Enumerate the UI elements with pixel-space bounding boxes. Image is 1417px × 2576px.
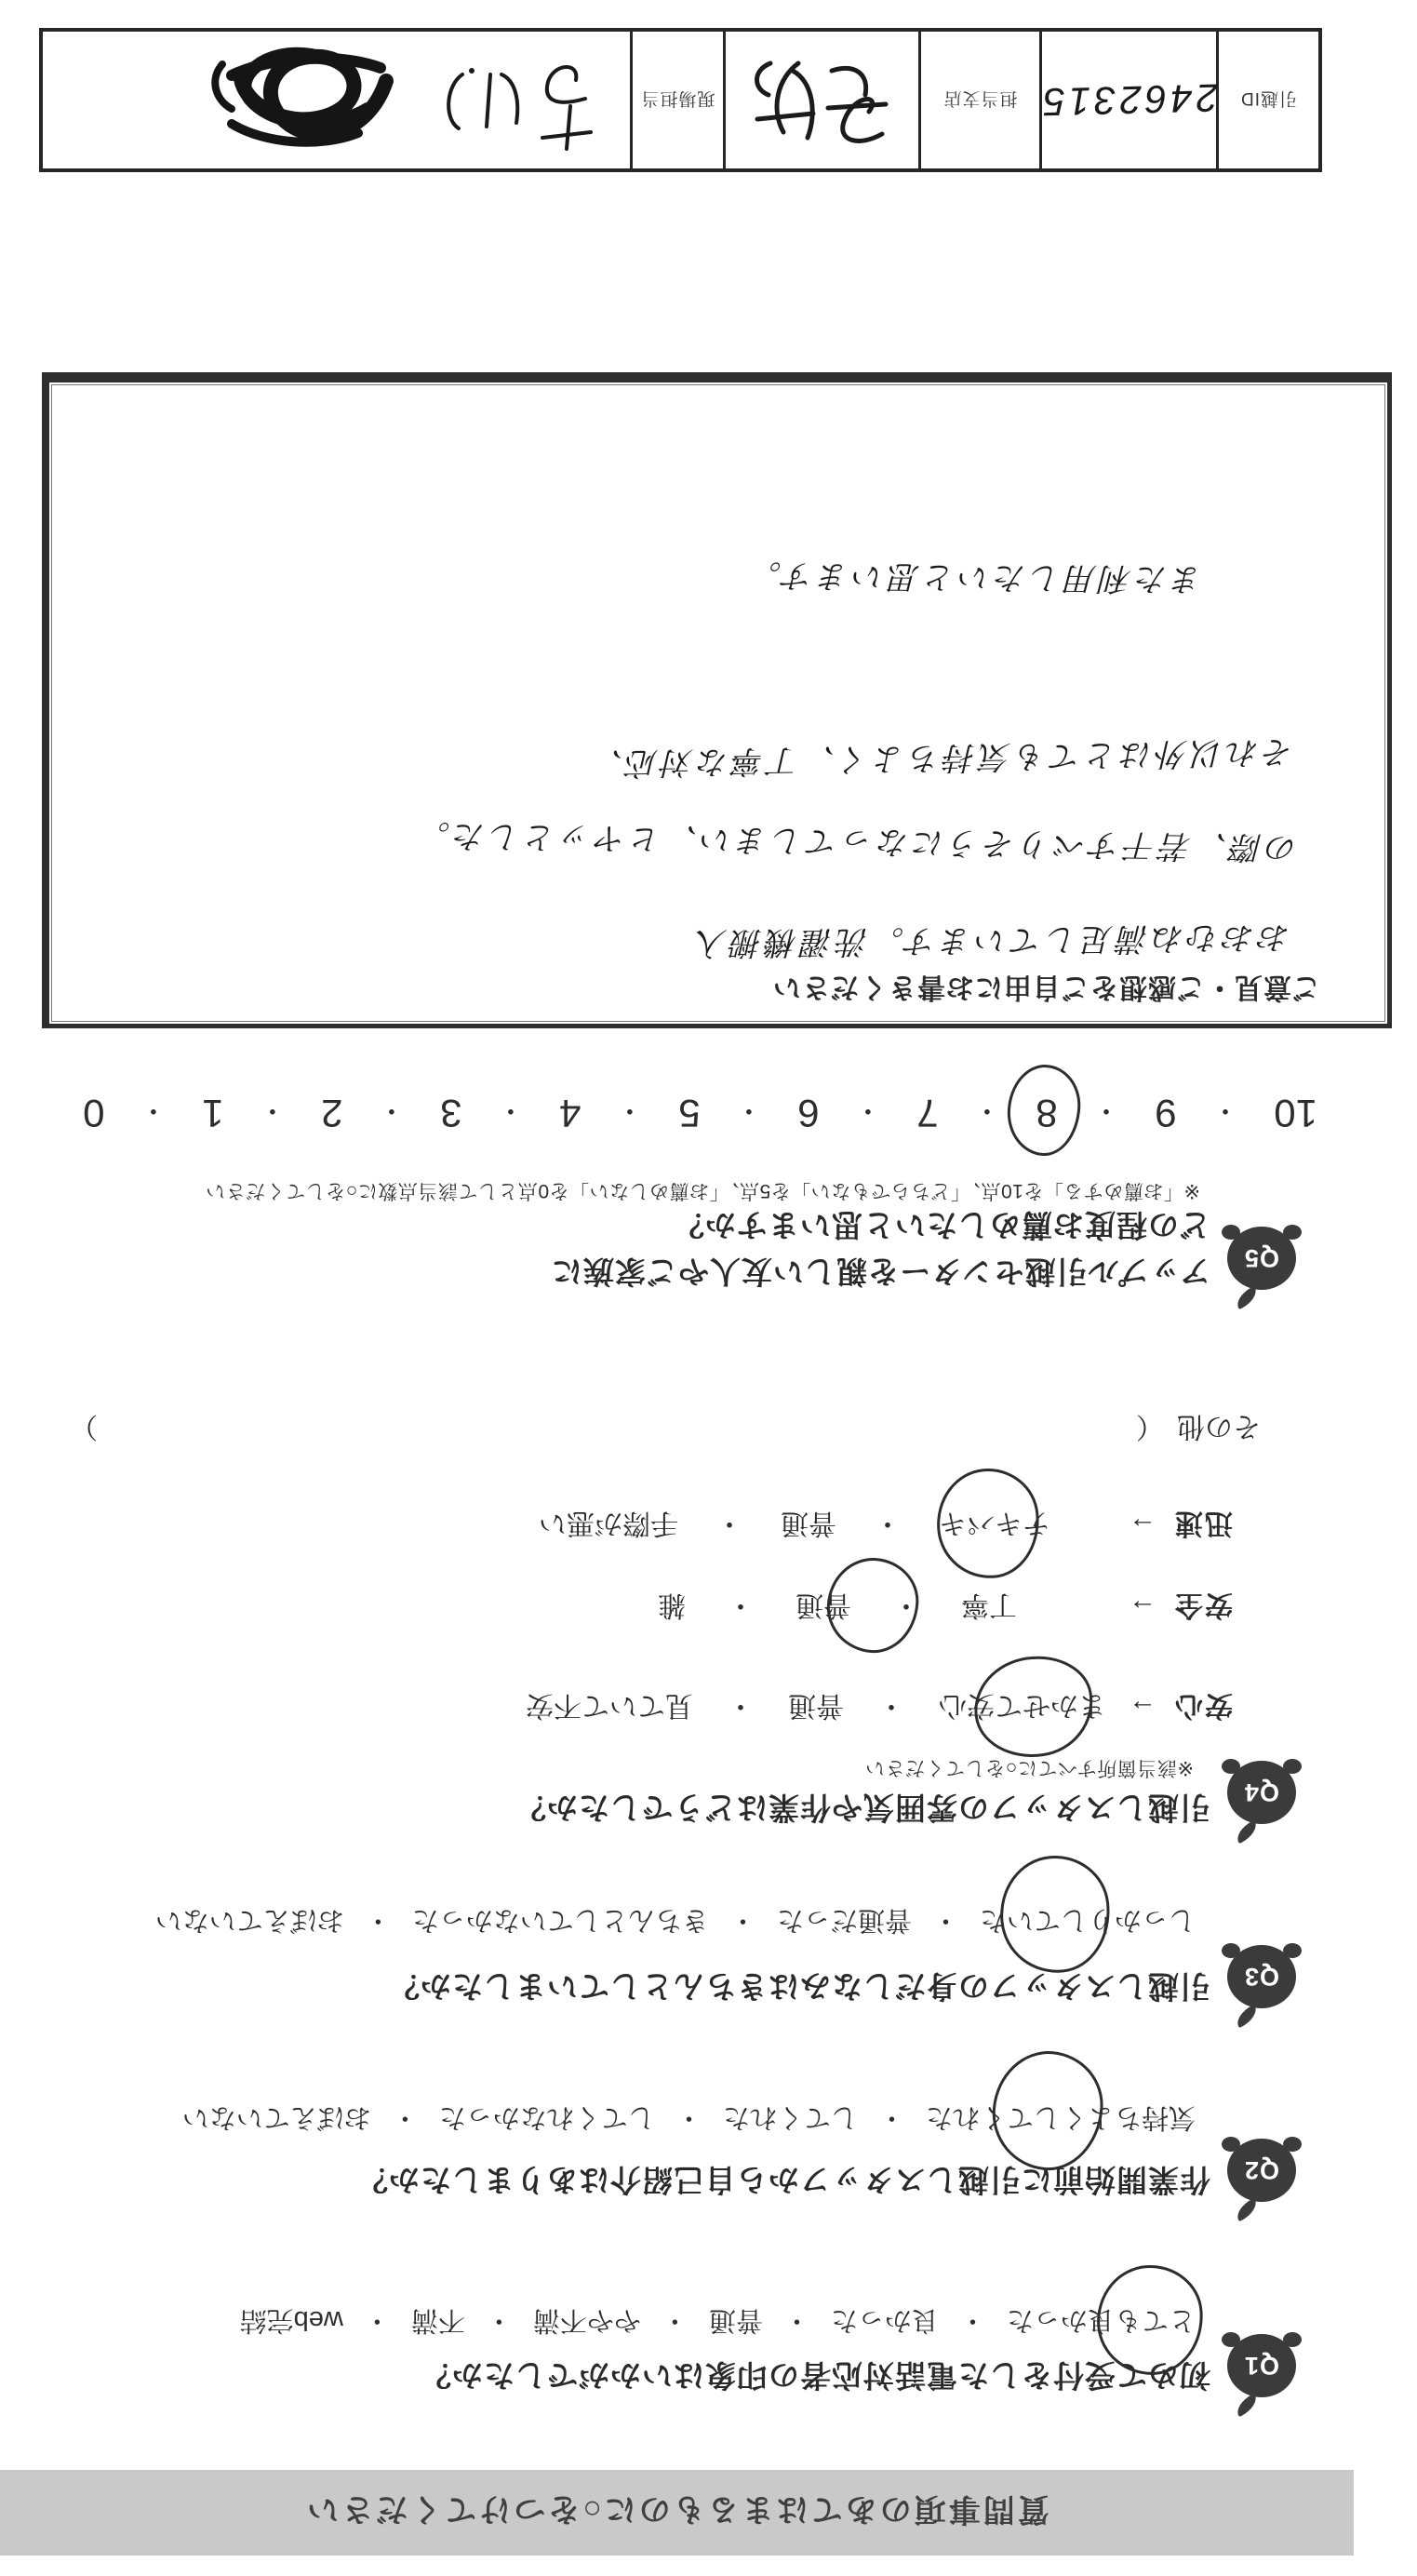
q5-scale: 10 ・ 9 ・ 8 ・ 7 ・ 6 ・ 5 ・ 4 ・ 3 ・ 2 ・ 1 ・… xyxy=(79,1091,1321,1135)
q4-row2-option-2: 普通 xyxy=(795,1588,851,1629)
scale-7: 7 xyxy=(913,1091,942,1135)
scale-4: 4 xyxy=(555,1091,584,1135)
option-separator: ・ xyxy=(686,1588,795,1629)
option-separator: ・ xyxy=(465,2303,533,2341)
option-separator: ・ xyxy=(763,2303,831,2341)
branch-handwriting xyxy=(734,40,911,161)
q4-badge-label: Q4 xyxy=(1244,1778,1279,1807)
q4-row-anshin: 安心 → まかせて安心 ・ 普通 ・ 見ていて不安 xyxy=(526,1688,1233,1729)
option-separator: ・ xyxy=(912,1903,980,1941)
q3-options: しっかりしていた ・ 普通だった ・ きちんとしていなかった ・ おぼえていない xyxy=(155,1903,1196,1941)
option-separator: ・ xyxy=(655,2100,723,2139)
scale-separator: ・ xyxy=(735,1093,763,1134)
option-separator: ・ xyxy=(858,2100,926,2139)
q1-option-6: web完結 xyxy=(240,2303,343,2341)
q4-row-label: 安全 xyxy=(1173,1588,1233,1629)
q4-row-label: 安心 xyxy=(1173,1688,1233,1729)
arrow-right-icon: → xyxy=(1106,1592,1173,1624)
comment-box-label: ご意見・ご感想をご自由にお書きください xyxy=(772,970,1320,1011)
scale-separator: ・ xyxy=(1092,1093,1120,1134)
option-separator: ・ xyxy=(641,2303,709,2341)
option-separator: ・ xyxy=(693,1688,788,1729)
q1-title: 初めて受付をした電話対応者の印象はいかがでしたか？ xyxy=(420,2355,1210,2399)
q3-option-1: しっかりしていた xyxy=(980,1903,1196,1941)
q5-badge-label: Q5 xyxy=(1244,1244,1279,1273)
close-paren: ） xyxy=(70,1409,98,1450)
q4-other-label: その他 xyxy=(1177,1409,1261,1450)
scale-separator: ・ xyxy=(616,1093,644,1134)
branch-label: 担当支店 xyxy=(943,87,1018,113)
q3-badge: Q3 xyxy=(1227,1945,1296,2018)
scale-6: 6 xyxy=(794,1091,822,1135)
scale-3: 3 xyxy=(436,1091,465,1135)
scale-separator: ・ xyxy=(140,1093,167,1134)
q4-row1-option-2: 普通 xyxy=(788,1688,844,1729)
branch-value-cell xyxy=(723,32,918,168)
option-separator: ・ xyxy=(344,1903,412,1941)
arrow-right-icon: → xyxy=(1106,1510,1173,1542)
scale-8: 8 xyxy=(1032,1091,1061,1135)
q1-options: とても良かった ・ 良かった ・ 普通 ・ やや不満 ・ 不満 ・ web完結 xyxy=(240,2303,1196,2341)
branch-label-cell: 担当支店 xyxy=(918,32,1039,168)
q4-row3-option-2: 普通 xyxy=(781,1506,836,1547)
instruction-banner-text: 質問事項のあてはまるものに○をつけてください xyxy=(304,2490,1049,2536)
scale-separator: ・ xyxy=(497,1093,525,1134)
q2-badge-label: Q2 xyxy=(1244,2156,1279,2185)
q1-option-3: 普通 xyxy=(709,2303,763,2341)
q4-row-jinsoku: 迅速 → テキパキ ・ 普通 ・ 手際が悪い xyxy=(539,1506,1233,1547)
q5-badge: Q5 xyxy=(1227,1227,1296,1299)
staff-label-cell: 現場担当 xyxy=(630,32,723,168)
handwritten-line-4: また利用したいと思います。 xyxy=(746,556,1204,605)
option-separator: ・ xyxy=(678,1506,781,1547)
q4-row-anzen: 安全 → 丁寧 ・ 普通 ・ 雑 xyxy=(658,1588,1233,1629)
q2-option-2: してくれた xyxy=(723,2100,858,2139)
move-id-label-cell: 引越ID xyxy=(1216,32,1318,168)
q1-badge-label: Q1 xyxy=(1244,2352,1279,2381)
move-id-label: 引越ID xyxy=(1240,87,1297,113)
move-id-value-handwritten: 2462315 xyxy=(1039,75,1219,125)
q1-badge: Q1 xyxy=(1227,2334,1296,2407)
q3-badge-label: Q3 xyxy=(1244,1963,1279,1992)
scale-2: 2 xyxy=(317,1091,346,1135)
q2-badge: Q2 xyxy=(1227,2139,1296,2211)
q4-row2-option-3: 雑 xyxy=(658,1588,686,1629)
q4-note: ※該当箇所すべてに○をしてください xyxy=(865,1755,1194,1783)
instruction-banner: 質問事項のあてはまるものに○をつけてください xyxy=(0,2470,1354,2556)
q4-row3-option-3: 手際が悪い xyxy=(539,1506,678,1547)
scale-separator: ・ xyxy=(259,1093,287,1134)
q5-title-line2: どの程度お薦めしたいと思いますか？ xyxy=(673,1205,1210,1249)
open-paren: （ xyxy=(1136,1409,1177,1450)
scale-1: 1 xyxy=(198,1091,227,1135)
q2-option-3: してくれなかった xyxy=(439,2100,655,2139)
arrow-right-icon: → xyxy=(1106,1693,1173,1724)
q4-row2-option-1: 丁寧 xyxy=(961,1588,1017,1629)
option-separator: ・ xyxy=(939,2303,1007,2341)
q1-option-2: 良かった xyxy=(831,2303,939,2341)
hand-drawn-circle xyxy=(1005,1063,1082,1158)
q2-option-4: おぼえていない xyxy=(182,2100,371,2139)
q4-row1-option-1: まかせて安心 xyxy=(939,1688,1106,1729)
q2-title: 作業開始前に引越しスタッフから自己紹介はありましたか？ xyxy=(356,2160,1210,2204)
option-separator: ・ xyxy=(709,1903,777,1941)
handwritten-line-2: の際、若干すべりそうになってしまい、ヒヤッとした。 xyxy=(414,815,1298,873)
option-separator: ・ xyxy=(844,1688,939,1729)
staff-value-cell xyxy=(43,32,630,168)
handwritten-line-3: それ以外はとても気持ちよく、丁寧な対応、 xyxy=(587,731,1294,789)
scanned-survey-page: 質問事項のあてはまるものに○をつけてください Q1 初めて受付をした電話対応者の… xyxy=(0,0,1417,2576)
q4-row1-option-3: 見ていて不安 xyxy=(526,1688,693,1729)
scale-10: 10 xyxy=(1270,1091,1321,1135)
scale-5: 5 xyxy=(675,1091,703,1135)
scribble-blob xyxy=(200,35,414,166)
q3-option-4: おぼえていない xyxy=(155,1903,344,1941)
q2-options: 気持ちよくしてくれた ・ してくれた ・ してくれなかった ・ おぼえていない xyxy=(182,2100,1196,2139)
staff-name-handwriting xyxy=(427,40,613,161)
handwritten-line-1: おおむね満足しています。洗濯機搬入 xyxy=(691,918,1290,970)
q2-option-1: 気持ちよくしてくれた xyxy=(926,2100,1196,2139)
scale-0: 0 xyxy=(79,1091,108,1135)
scale-separator: ・ xyxy=(854,1093,882,1134)
q4-badge: Q4 xyxy=(1227,1761,1296,1833)
q1-option-5: 不満 xyxy=(411,2303,465,2341)
q5-title-line1: アップル引越センターを親しい友人やご家族に xyxy=(551,1252,1210,1295)
footer-table: 引越ID 2462315 担当支店 現場担当 xyxy=(39,28,1322,172)
scale-separator: ・ xyxy=(973,1093,1001,1134)
scale-separator: ・ xyxy=(1211,1093,1239,1134)
staff-label: 現場担当 xyxy=(641,87,715,113)
q5-note: ※「お薦めする」を10点、「どちらでもない」を5点、「お薦めしない」を0点として… xyxy=(206,1178,1200,1206)
option-separator: ・ xyxy=(371,2100,439,2139)
q4-row3-option-1: テキパキ xyxy=(939,1506,1050,1547)
option-separator: ・ xyxy=(851,1588,961,1629)
option-separator: ・ xyxy=(836,1506,939,1547)
q3-option-3: きちんとしていなかった xyxy=(412,1903,709,1941)
q4-row-label: 迅速 xyxy=(1173,1506,1233,1547)
scale-separator: ・ xyxy=(378,1093,406,1134)
q3-option-2: 普通だった xyxy=(777,1903,912,1941)
q4-title: 引越しスタッフの雰囲気や作業はどうでしたか？ xyxy=(515,1788,1210,1831)
move-id-value-cell: 2462315 xyxy=(1039,32,1216,168)
q1-option-4: やや不満 xyxy=(533,2303,641,2341)
q4-other-row: その他 （ ） xyxy=(70,1409,1261,1450)
option-separator: ・ xyxy=(343,2303,411,2341)
scale-9: 9 xyxy=(1151,1091,1180,1135)
q3-title: 引越しスタッフの身だしなみはきちんとしていましたか？ xyxy=(388,1966,1210,2010)
q1-option-1: とても良かった xyxy=(1007,2303,1196,2341)
comment-box: ご意見・ご感想をご自由にお書きください おおむね満足しています。洗濯機搬入 の際… xyxy=(42,372,1392,1028)
